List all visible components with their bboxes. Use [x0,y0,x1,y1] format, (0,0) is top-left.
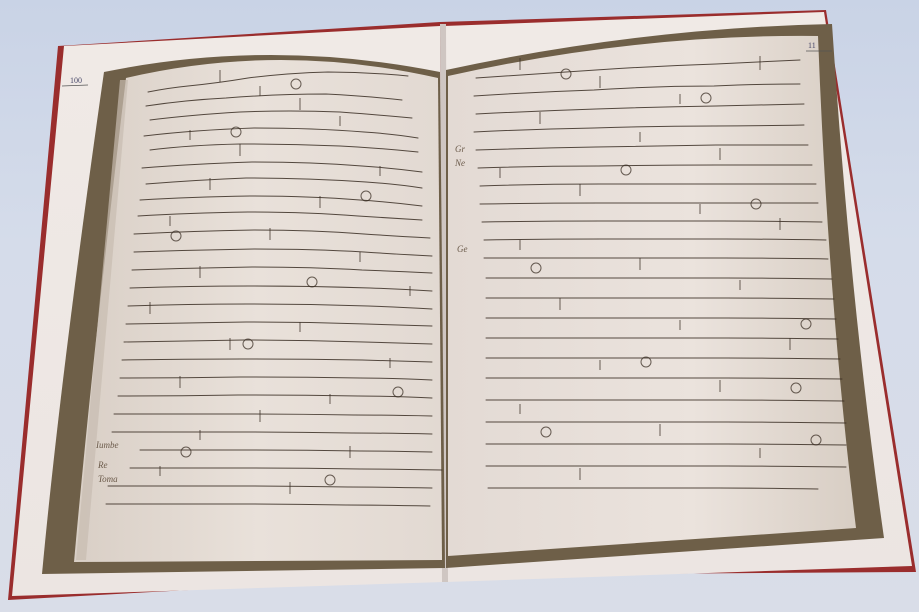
right-margin-note-1: Gr [455,144,465,154]
left-margin-note-2: Re [98,460,108,470]
left-margin-note-3: Toma [98,474,118,484]
left-page-number: 100 [70,76,82,85]
left-manuscript-paper [74,60,442,562]
right-margin-note-3: Ge [457,244,468,254]
open-book-illustration [0,0,919,612]
right-page-number: 11 [808,41,816,50]
right-margin-note-2: Ne [455,158,465,168]
right-manuscript-paper [448,36,856,556]
left-margin-note-1: Iumbe [96,440,119,450]
book-photo: 100 11 Iumbe Re Toma Gr Ne Ge [0,0,919,612]
